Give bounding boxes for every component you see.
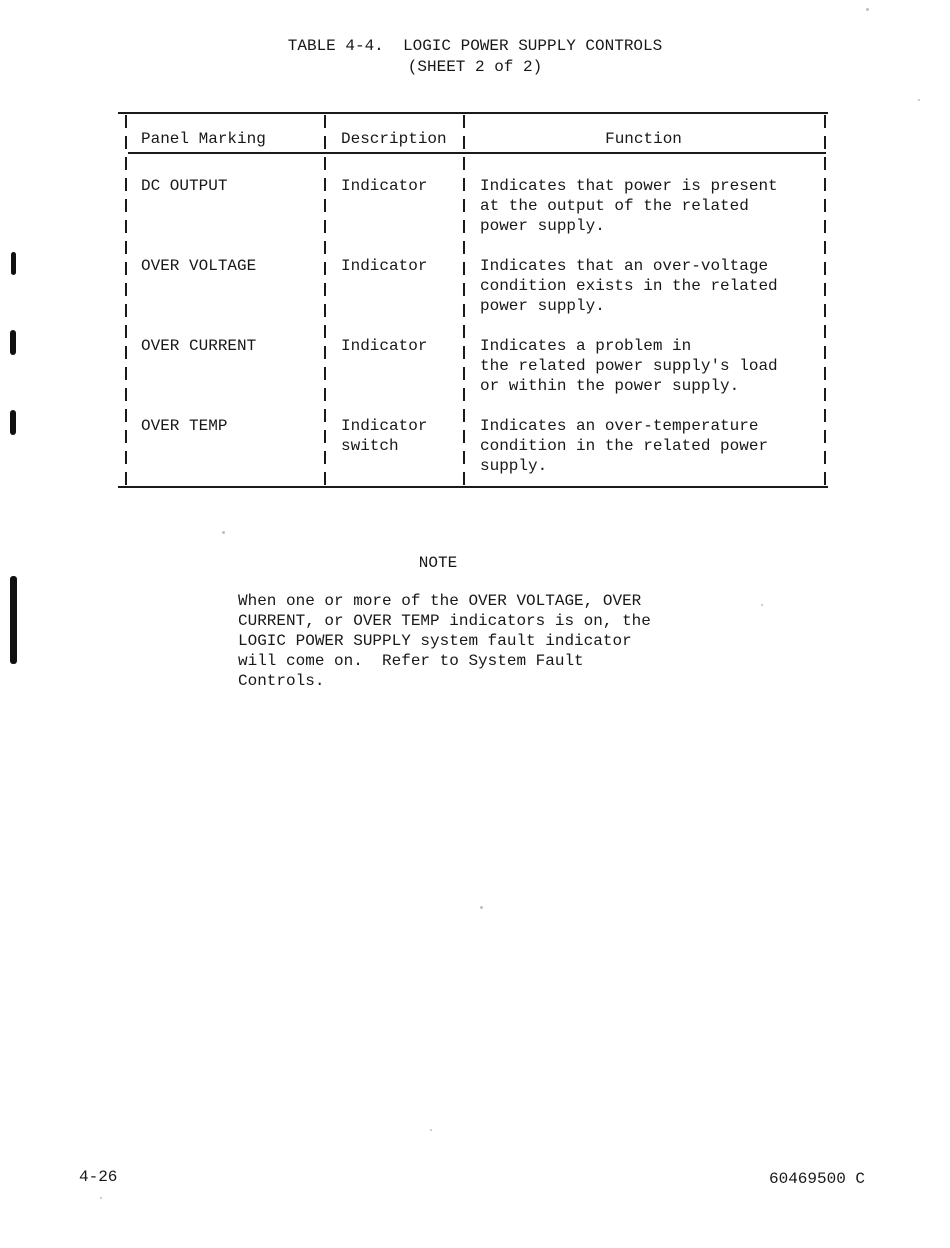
note-heading: NOTE (238, 553, 638, 573)
note-line: CURRENT, or OVER TEMP indicators is on, … (238, 611, 651, 631)
cell-description: Indicatorswitch (324, 416, 463, 476)
note-line: will come on. Refer to System Fault (238, 651, 651, 671)
change-bar (10, 576, 17, 664)
cell-function: Indicates a problem inthe related power … (463, 336, 824, 396)
column-header-description: Description (324, 129, 463, 149)
table-top-rule (118, 112, 828, 114)
description-text: Indicator (341, 176, 463, 196)
panel-marking-text: OVER TEMP (141, 416, 324, 436)
function-text: Indicates an over-temperature (480, 416, 824, 436)
function-text: the related power supply's load (480, 356, 824, 376)
table-column-separator (324, 115, 326, 485)
cell-panel-marking: OVER CURRENT (127, 336, 324, 396)
scan-speck (430, 1129, 432, 1131)
table-left-border (125, 115, 127, 485)
table-bottom-rule (118, 486, 828, 488)
cell-panel-marking: OVER VOLTAGE (127, 256, 324, 316)
scan-speck (761, 604, 763, 606)
cell-function: Indicates that power is presentat the ou… (463, 176, 824, 236)
function-text: condition exists in the related (480, 276, 824, 296)
note-line: Controls. (238, 671, 651, 691)
panel-marking-text: OVER VOLTAGE (141, 256, 324, 276)
function-text: or within the power supply. (480, 376, 824, 396)
cell-panel-marking: OVER TEMP (127, 416, 324, 476)
note-paragraph: When one or more of the OVER VOLTAGE, OV… (238, 591, 651, 691)
description-text: switch (341, 436, 463, 456)
function-text: power supply. (480, 216, 824, 236)
page-number: 4-26 (79, 1167, 117, 1187)
description-text: Indicator (341, 336, 463, 356)
function-text: Indicates that power is present (480, 176, 824, 196)
function-text: at the output of the related (480, 196, 824, 216)
scan-speck (100, 1197, 102, 1199)
description-text: Indicator (341, 416, 463, 436)
scan-speck (866, 8, 869, 11)
logic-power-supply-controls-table: Panel Marking Description Function DC OU… (118, 112, 828, 488)
table-row: DC OUTPUTIndicatorIndicates that power i… (118, 176, 828, 236)
cell-function: Indicates that an over-voltagecondition … (463, 256, 824, 316)
scan-speck (480, 906, 483, 909)
function-text: power supply. (480, 296, 824, 316)
cell-panel-marking: DC OUTPUT (127, 176, 324, 236)
change-bar (11, 252, 16, 275)
table-body: DC OUTPUTIndicatorIndicates that power i… (118, 152, 828, 476)
panel-marking-text: DC OUTPUT (141, 176, 324, 196)
table-title-line1: TABLE 4-4. LOGIC POWER SUPPLY CONTROLS (0, 36, 950, 57)
table-row: OVER CURRENTIndicatorIndicates a problem… (118, 336, 828, 396)
panel-marking-text: OVER CURRENT (141, 336, 324, 356)
description-text: Indicator (341, 256, 463, 276)
function-text: Indicates a problem in (480, 336, 824, 356)
column-header-panel-marking: Panel Marking (127, 129, 324, 149)
table-title: TABLE 4-4. LOGIC POWER SUPPLY CONTROLS (… (0, 36, 950, 78)
cell-description: Indicator (324, 176, 463, 236)
table-header-row: Panel Marking Description Function (118, 112, 828, 152)
note-line: When one or more of the OVER VOLTAGE, OV… (238, 591, 651, 611)
table-title-line2: (SHEET 2 of 2) (0, 57, 950, 78)
cell-function: Indicates an over-temperaturecondition i… (463, 416, 824, 476)
table-right-border (824, 115, 826, 485)
document-page: TABLE 4-4. LOGIC POWER SUPPLY CONTROLS (… (0, 0, 950, 1248)
change-bar (10, 330, 16, 355)
cell-description: Indicator (324, 256, 463, 316)
function-text: condition in the related power (480, 436, 824, 456)
function-text: supply. (480, 456, 824, 476)
note-line: LOGIC POWER SUPPLY system fault indicato… (238, 631, 651, 651)
table-column-separator (463, 115, 465, 485)
function-text: Indicates that an over-voltage (480, 256, 824, 276)
document-number: 60469500 C (769, 1169, 865, 1189)
column-header-function: Function (463, 129, 824, 149)
table-row: OVER VOLTAGEIndicatorIndicates that an o… (118, 256, 828, 316)
table-header-rule (128, 152, 826, 154)
change-bar (10, 410, 16, 435)
cell-description: Indicator (324, 336, 463, 396)
table-row: OVER TEMPIndicatorswitchIndicates an ove… (118, 416, 828, 476)
scan-speck (222, 531, 225, 534)
scan-speck (918, 99, 920, 101)
